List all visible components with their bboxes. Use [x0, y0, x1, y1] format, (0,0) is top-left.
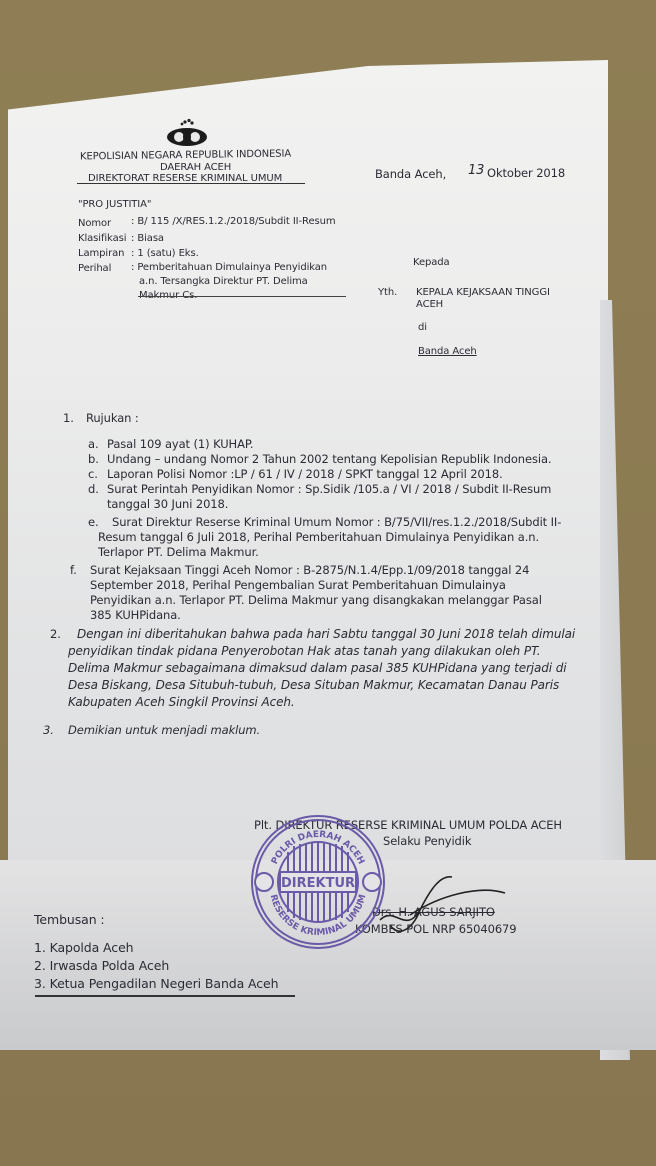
- reference-text-line: Surat Perintah Penyidikan Nomor : Sp.Sid…: [107, 482, 551, 496]
- item1-number: 1.: [63, 411, 74, 425]
- yth-label: Yth.: [378, 287, 397, 298]
- reference-text-line: tanggal 30 Juni 2018.: [107, 497, 228, 511]
- item2-line: Delima Makmur sebagaimana dimaksud dalam…: [68, 661, 567, 675]
- item2-line: penyidikan tindak pidana Penyerobotan Ha…: [68, 644, 541, 658]
- perihal-underline: [138, 296, 346, 297]
- item2-line: Kabupaten Aceh Singkil Provinsi Aceh.: [68, 695, 295, 709]
- meta-value-lampiran: : 1 (satu) Eks.: [131, 248, 199, 259]
- tembusan-title: Tembusan :: [34, 912, 105, 927]
- region-name: DAERAH ACEH: [160, 162, 231, 173]
- signer-role: Selaku Penyidik: [383, 834, 471, 848]
- meta-value-perihal: : Pemberitahuan Dimulainya Penyidikan: [131, 262, 327, 273]
- recipient-city: Banda Aceh: [418, 346, 477, 357]
- reference-text-line: 385 KUHPidana.: [90, 608, 181, 622]
- recipient-di: di: [418, 322, 427, 333]
- place: Banda Aceh,: [375, 167, 446, 181]
- reference-text-line: Pasal 109 ayat (1) KUHAP.: [107, 437, 253, 451]
- item1-title: Rujukan :: [86, 411, 139, 425]
- tembusan-item: 1. Kapolda Aceh: [34, 940, 133, 955]
- meta-value-nomor: : B/ 115 /X/RES.1.2./2018/Subdit II-Resu…: [131, 216, 335, 227]
- svg-text:DIREKTUR: DIREKTUR: [281, 876, 355, 891]
- reference-letter: a.: [88, 437, 99, 451]
- item3-number: 3.: [43, 723, 54, 737]
- recipient-name-2: ACEH: [416, 299, 443, 310]
- tembusan-item: 3. Ketua Pengadilan Negeri Banda Aceh: [34, 976, 278, 991]
- perihal-line-2: a.n. Tersangka Direktur PT. Delima: [139, 276, 308, 287]
- reference-text-line: Resum tanggal 6 Juli 2018, Perihal Pembe…: [98, 530, 539, 544]
- reference-text-line: Surat Direktur Reserse Kriminal Umum Nom…: [112, 515, 561, 529]
- tembusan-item: 2. Irwasda Polda Aceh: [34, 958, 169, 973]
- reference-letter: e.: [88, 515, 99, 529]
- meta-label-perihal: Perihal: [78, 263, 111, 274]
- reference-text-line: Penyidikan a.n. Terlapor PT. Delima Makm…: [90, 593, 542, 607]
- header-underline: [77, 183, 305, 184]
- pro-justitia: "PRO JUSTITIA": [78, 199, 151, 210]
- reference-letter: f.: [70, 563, 77, 577]
- date-month-year: Oktober 2018: [487, 166, 565, 180]
- reference-text-line: Undang – undang Nomor 2 Tahun 2002 tenta…: [107, 452, 551, 466]
- item2-line: Dengan ini diberitahukan bahwa pada hari…: [77, 627, 575, 641]
- date-day-handwritten: 13: [468, 163, 484, 178]
- item2-number: 2.: [50, 627, 61, 641]
- meta-label-lampiran: Lampiran: [78, 248, 124, 259]
- recipient-name-1: KEPALA KEJAKSAAN TINGGI: [416, 287, 550, 298]
- official-stamp: DIREKTUR POLRI DAERAH ACEH RESERSE KRIMI…: [248, 812, 388, 952]
- tembusan-underline: [35, 995, 295, 997]
- reference-text-line: Terlapor PT. Delima Makmur.: [98, 545, 259, 559]
- reference-text-line: September 2018, Perihal Pengembalian Sur…: [90, 578, 506, 592]
- meta-label-nomor: Nomor: [78, 218, 111, 229]
- meta-value-klasifikasi: : Biasa: [131, 233, 164, 244]
- reference-letter: c.: [88, 467, 98, 481]
- kepada-label: Kepada: [413, 257, 450, 268]
- reference-letter: b.: [88, 452, 99, 466]
- item3-text: Demikian untuk menjadi maklum.: [68, 723, 260, 737]
- item2-line: Desa Biskang, Desa Situbuh-tubuh, Desa S…: [68, 678, 559, 692]
- reference-text-line: Laporan Polisi Nomor :LP / 61 / IV / 201…: [107, 467, 503, 481]
- reference-text-line: Surat Kejaksaan Tinggi Aceh Nomor : B-28…: [90, 563, 529, 577]
- meta-label-klasifikasi: Klasifikasi: [78, 233, 126, 244]
- reference-letter: d.: [88, 482, 99, 496]
- police-emblem-icon: [165, 118, 209, 148]
